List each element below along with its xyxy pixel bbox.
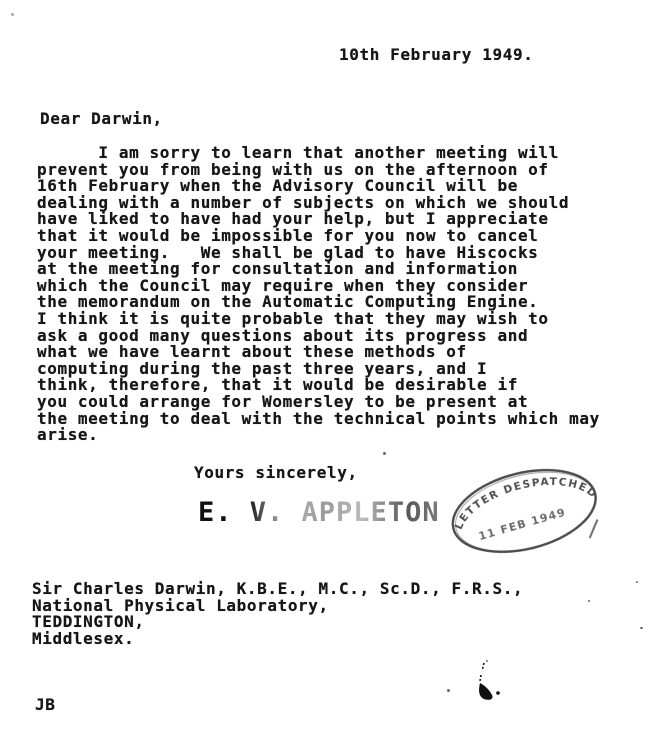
salutation: Dear Darwin, bbox=[40, 111, 163, 128]
typist-initials: JB bbox=[35, 697, 55, 714]
letter-date: 10th February 1949. bbox=[339, 47, 533, 64]
scan-speckle bbox=[636, 581, 638, 583]
body-line: the meeting to deal with the technical p… bbox=[37, 411, 600, 428]
letter-page: 10th February 1949. Dear Darwin, I am so… bbox=[0, 0, 650, 744]
scan-speckle bbox=[11, 13, 14, 16]
recipient-address: Sir Charles Darwin, K.B.E., M.C., Sc.D.,… bbox=[32, 581, 523, 647]
scan-speckle bbox=[447, 689, 450, 692]
scan-speckle bbox=[383, 452, 386, 455]
typed-signature: E. V. APPLETON bbox=[198, 497, 440, 528]
despatch-stamp: LETTER DESPATCHED 11 FEB 1949 bbox=[431, 440, 617, 579]
scan-speckle bbox=[588, 600, 590, 602]
stamp-smudge-flick bbox=[586, 520, 602, 538]
scan-speckle bbox=[640, 627, 643, 629]
ink-blot-mark bbox=[470, 655, 515, 705]
letter-body: I am sorry to learn that another meeting… bbox=[37, 145, 600, 444]
stamp-date-text: 11 FEB 1949 bbox=[477, 506, 567, 543]
body-line: you could arrange for Womersley to be pr… bbox=[37, 394, 600, 411]
recipient-line: Middlesex. bbox=[32, 631, 523, 648]
closing-salutation: Yours sincerely, bbox=[194, 465, 358, 482]
body-line: arise. bbox=[37, 427, 600, 444]
